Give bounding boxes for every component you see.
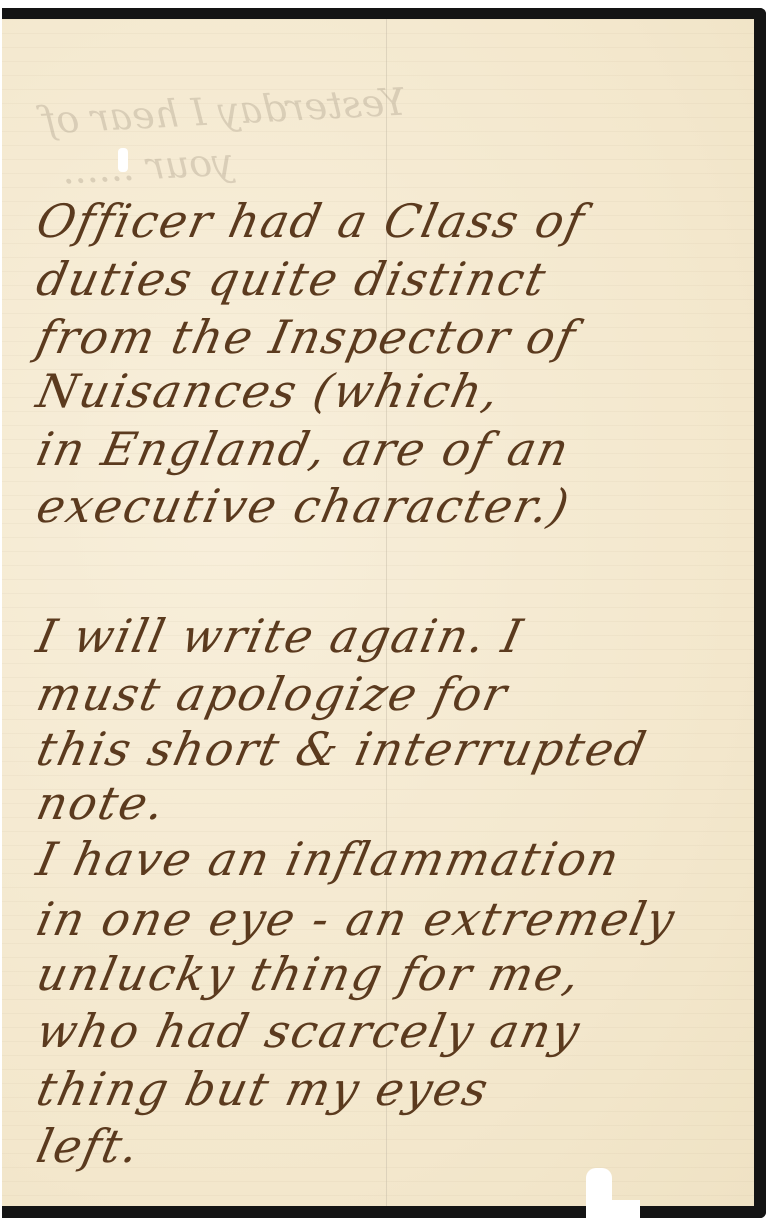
- handwritten-line: left.: [32, 1119, 146, 1173]
- handwritten-line: must apologize for: [32, 667, 513, 721]
- handwritten-line: duties quite distinct: [32, 252, 552, 306]
- bleed-through-text: Yesterday I hear of: [41, 80, 407, 143]
- handwritten-line: thing but my eyes: [32, 1062, 494, 1116]
- handwritten-line: unlucky thing for me,: [32, 947, 587, 1001]
- handwritten-line: in one eye - an extremely: [32, 892, 681, 946]
- paper-hole: [118, 148, 128, 172]
- paper-tear: [586, 1168, 612, 1222]
- handwritten-line: Officer had a Class of: [32, 194, 591, 248]
- handwritten-line: who had scarcely any: [32, 1004, 586, 1058]
- handwritten-line: from the Inspector of: [32, 310, 582, 364]
- handwritten-line: I will write again. I: [32, 609, 529, 663]
- handwritten-line: executive character.): [32, 479, 575, 533]
- handwritten-line: in England, are of an: [32, 422, 575, 476]
- paper-tear: [612, 1200, 640, 1222]
- handwritten-line: I have an inflammation: [32, 832, 626, 886]
- handwritten-line: note.: [32, 776, 171, 830]
- handwritten-line: this short & interrupted: [32, 722, 652, 776]
- letter-page: Yesterday I hear of your ...... Officer …: [2, 8, 766, 1218]
- bleed-through-text: your ......: [61, 140, 235, 193]
- handwritten-line: Nuisances (which,: [32, 364, 506, 418]
